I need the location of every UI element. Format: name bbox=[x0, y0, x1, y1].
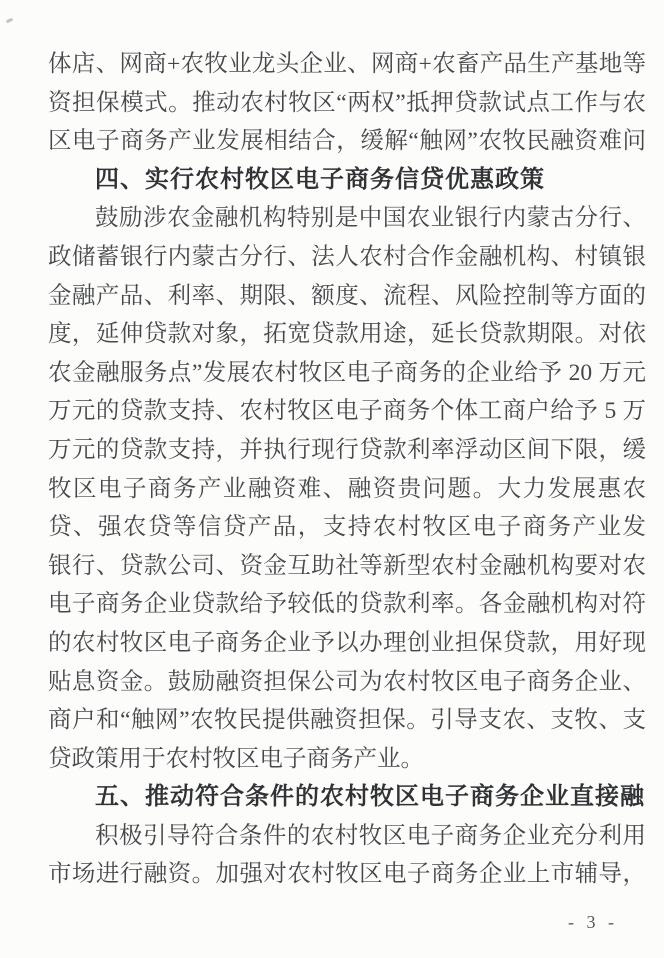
scan-artifact-speck bbox=[6, 18, 14, 24]
text-line: 贷政策用于农村牧区电子商务产业。 bbox=[48, 740, 646, 779]
text-line: 积极引导符合条件的农村牧区电子商务企业充分利用资本 bbox=[48, 817, 646, 856]
text-line: 体店、网商+农牧业龙头企业、网商+农畜产品生产基地等多种融 bbox=[48, 45, 646, 84]
section-heading: 五、推动符合条件的农村牧区电子商务企业直接融资 bbox=[48, 778, 646, 817]
text-line: 金融产品、利率、期限、额度、流程、风险控制等方面的创新力 bbox=[48, 277, 646, 316]
text-line: 商户和“触网”农牧民提供融资担保。引导支农、支牧、支小信 bbox=[48, 701, 646, 740]
document-text-block: 体店、网商+农牧业龙头企业、网商+农畜产品生产基地等多种融资担保模式。推动农村牧… bbox=[48, 45, 646, 894]
text-line: 贷、强农贷等信贷产品，支持农村牧区电子商务产业发展。村镇 bbox=[48, 508, 646, 547]
text-line: 牧区电子商务产业融资难、融资贵问题。大力发展惠农贷、富农 bbox=[48, 470, 646, 509]
text-line: 万元的贷款支持，并执行现行贷款利率浮动区间下限，缓解农村 bbox=[48, 431, 646, 470]
text-line: 市场进行融资。加强对农村牧区电子商务企业上市辅导，推进农 bbox=[48, 855, 646, 894]
text-line: 度，延伸贷款对象，拓宽贷款用途，延长贷款期限。对依托“助 bbox=[48, 315, 646, 354]
page-number: - 3 - bbox=[568, 912, 618, 933]
text-line: 政储蓄银行内蒙古分行、法人农村合作金融机构、村镇银行加大 bbox=[48, 238, 646, 277]
text-line: 鼓励涉农金融机构特别是中国农业银行内蒙古分行、中国邮 bbox=[48, 199, 646, 238]
text-line: 万元的贷款支持、农村牧区电子商务个体工商户给予 5 万元至 10 bbox=[48, 392, 646, 431]
text-line: 区电子商务产业发展相结合，缓解“触网”农牧民融资难问题。 bbox=[48, 122, 646, 161]
text-line: 贴息资金。鼓励融资担保公司为农村牧区电子商务企业、个体工 bbox=[48, 663, 646, 702]
text-line: 的农村牧区电子商务企业予以办理创业担保贷款，用好现行财政 bbox=[48, 624, 646, 663]
text-line: 银行、贷款公司、资金互助社等新型农村金融机构要对农村牧区 bbox=[48, 547, 646, 586]
text-line: 农金融服务点”发展农村牧区电子商务的企业给予 20 万元至 30 bbox=[48, 354, 646, 393]
text-line: 资担保模式。推动农村牧区“两权”抵押贷款试点工作与农村牧 bbox=[48, 84, 646, 123]
document-page: 体店、网商+农牧业龙头企业、网商+农畜产品生产基地等多种融资担保模式。推动农村牧… bbox=[0, 0, 664, 958]
section-heading: 四、实行农村牧区电子商务信贷优惠政策 bbox=[48, 161, 646, 200]
text-line: 电子商务企业贷款给予较低的贷款利率。各金融机构对符合条件 bbox=[48, 585, 646, 624]
